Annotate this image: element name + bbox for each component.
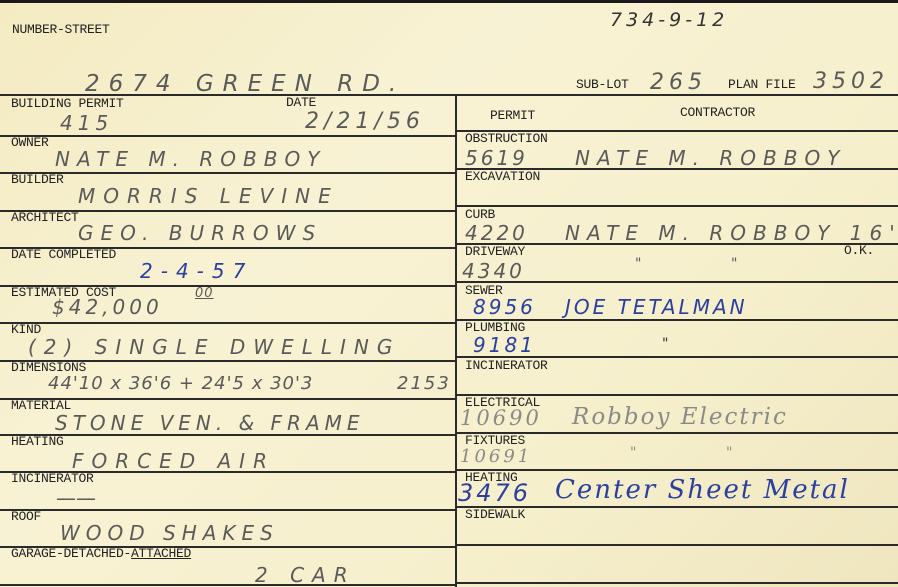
architect-value: GEO. BURROWS [78,223,322,243]
sub-lot-label: SUB-LOT [576,78,629,91]
contractor-header: CONTRACTOR [680,106,755,119]
permit-header: PERMIT [490,109,535,122]
architect-label: ARCHITECT [11,211,79,224]
plan-file-label: PLAN FILE [728,78,796,91]
address-value: 2674 GREEN RD. [85,73,405,96]
estimated-cost-cents: 00 [195,287,214,300]
incinerator-label: INCINERATOR [11,472,94,485]
date-completed-label: DATE COMPLETED [11,248,116,261]
roof-label: ROOF [11,510,41,523]
date-value: 2/21/56 [305,111,425,133]
building-permit-value: 415 [60,113,113,133]
sub-lot-value: 265 [650,72,707,94]
rule [455,205,898,207]
electrical-permit: 10690 [460,408,542,429]
garage-label-attached: ATTACHED [131,546,191,561]
material-value: STONE VEN. & FRAME [55,413,365,433]
electrical-contractor: Robboy Electric [572,406,788,429]
dimensions-extra: 2153 [397,375,451,393]
curb-permit: 4220 [465,223,528,243]
driveway-contractor: " " [635,257,743,271]
kind-value: (2) SINGLE DWELLING [28,337,400,357]
dimensions-value: 44'10 x 36'6 + 24'5 x 30'3 [48,375,313,393]
garage-label: GARAGE-DETACHED-ATTACHED [11,547,191,560]
obstruction-label: OBSTRUCTION [465,132,548,145]
rule [455,469,898,471]
driveway-label: DRIVEWAY [465,245,525,258]
owner-label: OWNER [11,136,49,149]
heating-label: HEATING [11,435,64,448]
date-label: DATE [286,96,316,109]
builder-value: MORRIS LEVINE [78,186,339,206]
garage-value: 2 CAR [255,565,356,585]
estimated-cost-value: $42,000 [52,297,163,317]
sewer-contractor: JOE TETALMAN [565,297,748,317]
rule [455,582,898,584]
obstruction-permit: 5619 [465,148,528,168]
fixtures-permit: 10691 [460,448,532,466]
fixtures-contractor: " " [630,446,738,460]
date-completed-value: 2-4-57 [140,261,253,281]
plan-file-value: 3502 [813,71,889,93]
excavation-label: EXCAVATION [465,170,540,183]
driveway-note: O.K. [844,244,874,257]
curb-contractor: NATE M. ROBBOY 16' [565,223,898,243]
curb-label: CURB [465,208,495,221]
file-code: 734-9-12 [610,11,728,30]
sidewalk-label: SIDEWALK [465,508,525,521]
roof-value: WOOD SHAKES [60,523,279,543]
rule [0,135,455,137]
incinerator-value: —— [56,488,96,508]
rule [0,322,455,324]
permit-card: NUMBER-STREET 734-9-12 2674 GREEN RD. SU… [0,0,898,587]
builder-label: BUILDER [11,173,64,186]
plumbing-contractor: " [662,337,673,351]
plumbing-permit: 9181 [473,335,536,355]
building-permit-label: BUILDING PERMIT [11,97,124,110]
number-street-label: NUMBER-STREET [12,23,110,36]
rule [0,172,455,174]
heating-contractor: Center Sheet Metal [555,477,850,503]
rule [455,544,898,546]
obstruction-contractor: NATE M. ROBBOY [575,148,846,168]
heating-permit: 3476 [458,481,531,505]
heating-value: FORCED AIR [72,451,275,471]
rule [0,94,898,96]
owner-value: NATE M. ROBBOY [55,149,326,169]
driveway-permit: 4340 [462,261,525,281]
incinerator-permit-label: INCINERATOR [465,359,548,372]
garage-label-detached: GARAGE-DETACHED- [11,546,131,561]
sewer-permit: 8956 [473,297,536,317]
rule [0,584,455,586]
